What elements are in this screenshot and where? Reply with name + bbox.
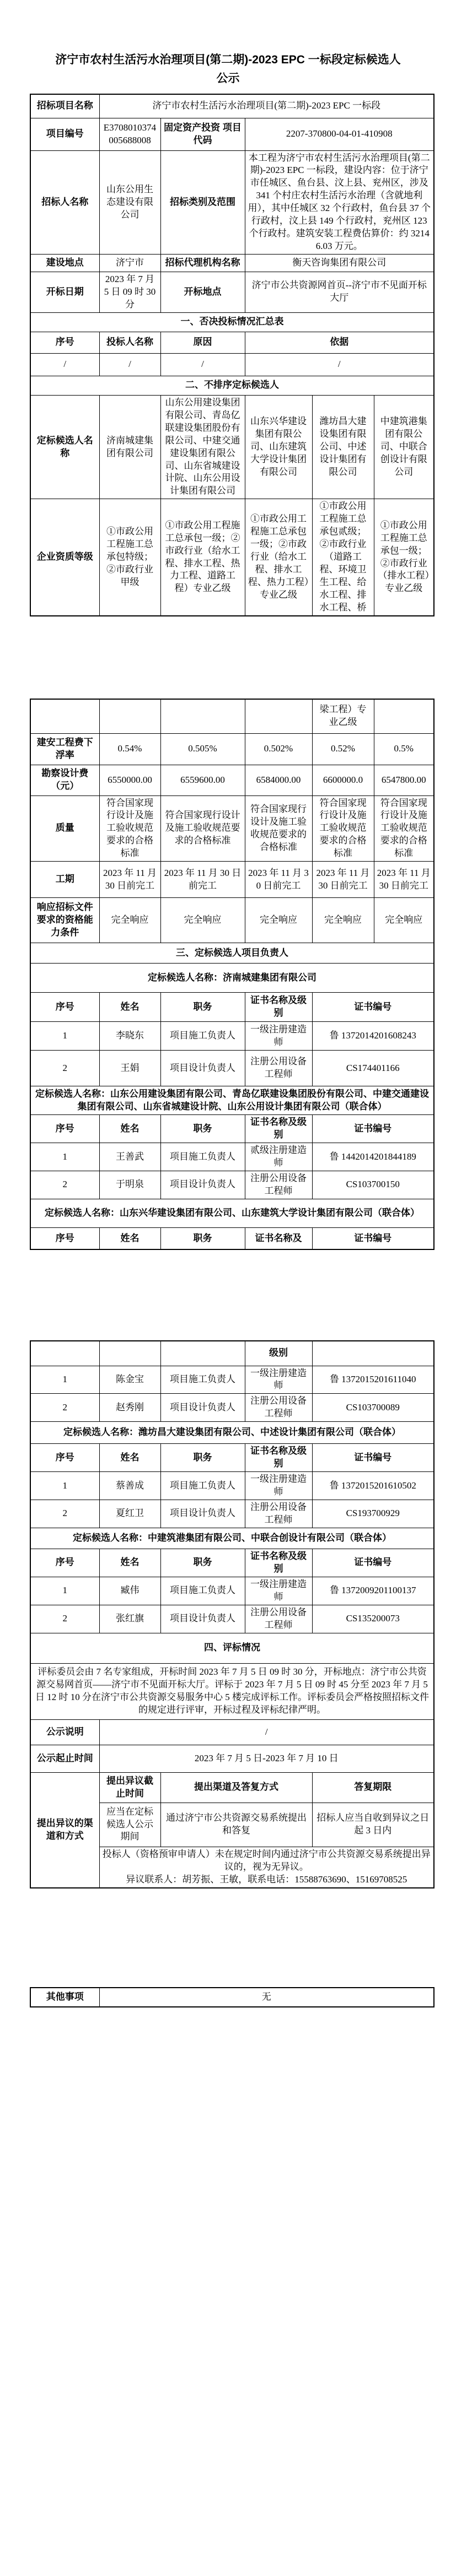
person-header-certno: 证书编号 — [312, 1549, 434, 1577]
person-header-no: 序号 — [30, 1115, 99, 1143]
g5r1-cert: 一级注册建造师 — [245, 1577, 312, 1605]
g3r1-cert: 一级注册建造师 — [245, 1366, 312, 1394]
g2r2-name: 于明泉 — [99, 1171, 160, 1199]
objection-channel: 通过济宁市公共资源交易系统提出和答复 — [160, 1803, 312, 1847]
person-header-certno: 证书编号 — [312, 1444, 434, 1472]
empty-cell — [99, 1341, 160, 1366]
rate-2: 0.505% — [160, 733, 245, 765]
person-header-no: 序号 — [30, 1549, 99, 1577]
candidate-name-label: 定标候选人名称 — [30, 395, 99, 499]
s1-cell-basis: / — [245, 353, 434, 376]
person-header-role: 职务 — [160, 1444, 245, 1472]
person-header-name: 姓名 — [99, 1549, 160, 1577]
duration-4: 2023 年 11 月 30 日前完工 — [312, 862, 374, 898]
g4r2-certno: CS193700929 — [312, 1500, 434, 1528]
g5r1-role: 项目施工负责人 — [160, 1577, 245, 1605]
person-header-role: 职务 — [160, 1115, 245, 1143]
g4r1-name: 蔡善成 — [99, 1472, 160, 1500]
candidate-3: 山东兴华建设集团有限公司、山东建筑大学设计集团有限公司 — [245, 395, 312, 499]
group1-name-line: 定标候选人名称：济南城建集团有限公司 — [30, 964, 434, 993]
period-value: 2023 年 7 月 5 日-2023 年 7 月 10 日 — [99, 1745, 434, 1772]
open-date-label: 开标日期 — [30, 272, 99, 313]
g2r2-certno: CS103700150 — [312, 1171, 434, 1199]
g1r1-no: 1 — [30, 1022, 99, 1051]
group2-name-line: 定标候选人名称：山东公用建设集团有限公司、青岛亿联建设集团股份有限公司、中建交通… — [30, 1086, 434, 1115]
g2r1-role: 项目施工负责人 — [160, 1143, 245, 1171]
g1r2-role: 项目设计负责人 — [160, 1051, 245, 1086]
fee-2: 6559600.00 — [160, 765, 245, 795]
g3r1-certno: 鲁 1372015201611040 — [312, 1366, 434, 1394]
person-header-role: 职务 — [160, 1549, 245, 1577]
g3r2-role: 项目设计负责人 — [160, 1394, 245, 1422]
g2r1-certno: 鲁 1442014201844189 — [312, 1143, 434, 1171]
rate-5: 0.5% — [374, 733, 434, 765]
person-header-no: 序号 — [30, 1227, 99, 1249]
objection-note-line2: 异议联系人：胡芳振、王敏，联系电话：15588763690、1516970852… — [103, 1874, 431, 1886]
g4r2-cert: 注册公用设备工程师 — [245, 1500, 312, 1528]
qualification-5: ①市政公用工程施工总承包一级；②市政行业（排水工程）专业乙级 — [374, 499, 434, 616]
candidate-4: 潍坊昌大建设集团有限公司、中述设计集团有限公司 — [312, 395, 374, 499]
candidate-5: 中建筑港集团有限公司、中联合创设计有限公司 — [374, 395, 434, 499]
g5r1-name: 臧伟 — [99, 1577, 160, 1605]
section2-title: 二、不排序定标候选人 — [30, 376, 434, 395]
person-header-certno: 证书编号 — [312, 1227, 434, 1249]
response-5: 完全响应 — [374, 898, 434, 943]
quality-1: 符合国家现行设计及施工验收规范要求的合格标准 — [99, 795, 160, 862]
location-label: 建设地点 — [30, 255, 99, 272]
period-label: 公示起止时间 — [30, 1745, 99, 1772]
main-info-table: 招标项目名称 济宁市农村生活污水治理项目(第二期)-2023 EPC 一标段 项… — [30, 94, 434, 616]
g4r2-name: 夏红卫 — [99, 1500, 160, 1528]
asset-code-label: 固定资产投资 项目代码 — [160, 118, 245, 150]
agency-value: 衡天咨询集团有限公司 — [245, 255, 434, 272]
g4r1-role: 项目施工负责人 — [160, 1472, 245, 1500]
g3r2-certno: CS103700089 — [312, 1394, 434, 1422]
g1r1-role: 项目施工负责人 — [160, 1022, 245, 1051]
g4r1-certno: 鲁 1372015201610502 — [312, 1472, 434, 1500]
response-3: 完全响应 — [245, 898, 312, 943]
open-place-label: 开标地点 — [160, 272, 245, 313]
rate-4: 0.52% — [312, 733, 374, 765]
asset-code-value: 2207-370800-04-01-410908 — [245, 118, 434, 150]
response-1: 完全响应 — [99, 898, 160, 943]
fee-1: 6550000.00 — [99, 765, 160, 795]
person-header-certno: 证书编号 — [312, 993, 434, 1022]
g5r2-role: 项目设计负责人 — [160, 1605, 245, 1633]
s1-header-basis: 依据 — [245, 332, 434, 353]
person-header-name: 姓名 — [99, 1115, 160, 1143]
location-value: 济宁市 — [99, 255, 160, 272]
agency-label: 招标代理机构名称 — [160, 255, 245, 272]
g5r2-name: 张红旗 — [99, 1605, 160, 1633]
objection-header-channel: 提出渠道及答复方式 — [160, 1772, 312, 1803]
open-date-value: 2023 年 7 月 5 日 09 时 30 分 — [99, 272, 160, 313]
qualification-4-continued: 梁工程）专业乙级 — [312, 699, 374, 733]
g1r1-name: 李晓东 — [99, 1022, 160, 1051]
empty-cell — [160, 1341, 245, 1366]
qualification-1: ①市政公用工程施工总承包特级；②市政行业甲级 — [99, 499, 160, 616]
qualification-4: ①市政公用工程施工总承包贰级；②市政行业（道路工程、环境卫生工程、给水工程、排水… — [312, 499, 374, 616]
group5-name-line: 定标候选人名称：中建筑港集团有限公司、中联合创设计有限公司（联合体） — [30, 1528, 434, 1549]
g2r2-role: 项目设计负责人 — [160, 1171, 245, 1199]
g3r2-cert: 注册公用设备工程师 — [245, 1394, 312, 1422]
open-place-value: 济宁市公共资源网首页--济宁市不见面开标大厅 — [245, 272, 434, 313]
g5r1-no: 1 — [30, 1577, 99, 1605]
response-2: 完全响应 — [160, 898, 245, 943]
g4r1-cert: 一级注册建造师 — [245, 1472, 312, 1500]
g2r1-name: 王善武 — [99, 1143, 160, 1171]
project-no-value: E3708010374005688008 — [99, 118, 160, 150]
person-header-certno: 证书编号 — [312, 1115, 434, 1143]
g5r2-no: 2 — [30, 1605, 99, 1633]
evaluation-summary: 评标委员会由 7 名专家组成，开标时间 2023 年 7 月 5 日 09 时 … — [30, 1663, 434, 1719]
tenderee-label: 招标人名称 — [30, 150, 99, 255]
note-value: / — [99, 1719, 434, 1745]
g4r2-no: 2 — [30, 1500, 99, 1528]
person-header-name: 姓名 — [99, 1444, 160, 1472]
g3r2-name: 赵秀刚 — [99, 1394, 160, 1422]
project-name-value: 济宁市农村生活污水治理项目(第二期)-2023 EPC 一标段 — [99, 94, 434, 118]
person-header-cert: 证书名称及级别 — [245, 1444, 312, 1472]
person-header-role: 职务 — [160, 993, 245, 1022]
group3-name-line: 定标候选人名称：山东兴华建设集团有限公司、山东建筑大学设计集团有限公司（联合体） — [30, 1199, 434, 1227]
objection-label: 提出异议的渠道和方式 — [30, 1772, 99, 1888]
person-header-no: 序号 — [30, 1444, 99, 1472]
rate-1: 0.54% — [99, 733, 160, 765]
qualification-label: 企业资质等级 — [30, 499, 99, 616]
g3r2-no: 2 — [30, 1394, 99, 1422]
qualification-3: ①市政公用工程施工总承包一级；②市政行业（给水工程、排水工程、热力工程）专业乙级 — [245, 499, 312, 616]
person-header-cert: 证书名称及级别 — [245, 993, 312, 1022]
quality-5: 符合国家现行设计及施工验收规范要求的合格标准 — [374, 795, 434, 862]
note-label: 公示说明 — [30, 1719, 99, 1745]
s1-cell-bidder: / — [99, 353, 160, 376]
project-name-label: 招标项目名称 — [30, 94, 99, 118]
quality-2: 符合国家现行设计及施工验收规范要求的合格标准 — [160, 795, 245, 862]
page-title: 济宁市农村生活污水治理项目(第二期)-2023 EPC 一标段定标候选人 公示 — [0, 51, 456, 88]
other-value: 无 — [99, 1988, 434, 2007]
other-matters-table: 其他事项 无 — [30, 1987, 434, 2007]
other-label: 其他事项 — [30, 1988, 99, 2007]
person-header-cert: 证书名称及级别 — [245, 1115, 312, 1143]
s1-cell-reason: / — [160, 353, 245, 376]
quality-label: 质量 — [30, 795, 99, 862]
s1-cell-no: / — [30, 353, 99, 376]
g4r1-no: 1 — [30, 1472, 99, 1500]
objection-note: 投标人（资格预审申请人）未在规定时间内通过济宁市公共资源交易系统提出异议的，视为… — [99, 1847, 434, 1888]
person-header-cert-bottom: 级别 — [245, 1341, 312, 1366]
g1r2-no: 2 — [30, 1051, 99, 1086]
empty-cell — [160, 699, 245, 733]
objection-deadline: 应当在定标候选人公示期间 — [99, 1803, 160, 1847]
g1r2-certno: CS174401166 — [312, 1051, 434, 1086]
person-header-name: 姓名 — [99, 993, 160, 1022]
quality-4: 符合国家现行设计及施工验收规范要求的合格标准 — [312, 795, 374, 862]
person-header-no: 序号 — [30, 993, 99, 1022]
page-title-line2: 公示 — [0, 69, 456, 88]
g2r2-cert: 注册公用设备工程师 — [245, 1171, 312, 1199]
fee-5: 6547800.00 — [374, 765, 434, 795]
scope-value: 本工程为济宁市农村生活污水治理项目(第二期)-2023 EPC 一标段，建设内容… — [245, 150, 434, 255]
empty-cell — [312, 1341, 434, 1366]
fee-4: 6600000.0 — [312, 765, 374, 795]
response-label: 响应招标文件要求的资格能力条件 — [30, 898, 99, 943]
g2r1-cert: 贰级注册建造师 — [245, 1143, 312, 1171]
g4r2-role: 项目设计负责人 — [160, 1500, 245, 1528]
objection-header-replytime: 答复期限 — [312, 1772, 434, 1803]
section3-title: 三、定标候选人项目负责人 — [30, 943, 434, 964]
s1-header-bidder: 投标人名称 — [99, 332, 160, 353]
objection-note-line1: 投标人（资格预审申请人）未在规定时间内通过济宁市公共资源交易系统提出异议的，视为… — [103, 1848, 431, 1874]
persons-evaluation-table: 级别 1 陈金宝 项目施工负责人 一级注册建造师 鲁 1372015201611… — [30, 1340, 434, 1888]
empty-cell — [30, 699, 99, 733]
duration-1: 2023 年 11 月 30 日前完工 — [99, 862, 160, 898]
page-title-line1: 济宁市农村生活污水治理项目(第二期)-2023 EPC 一标段定标候选人 — [0, 51, 456, 69]
duration-3: 2023 年 11 月 30 日前完工 — [245, 862, 312, 898]
g3r1-role: 项目施工负责人 — [160, 1366, 245, 1394]
candidate-2: 山东公用建设集团有限公司、青岛亿联建设集团股份有限公司、中建交通建设集团有限公司… — [160, 395, 245, 499]
person-header-cert-top: 证书名称及 — [245, 1227, 312, 1249]
empty-cell — [99, 699, 160, 733]
g1r1-cert: 一级注册建造师 — [245, 1022, 312, 1051]
continuation-table: 梁工程）专业乙级 建安工程费下浮率 0.54% 0.505% 0.502% 0.… — [30, 699, 434, 1250]
g5r2-cert: 注册公用设备工程师 — [245, 1605, 312, 1633]
duration-2: 2023 年 11 月 30 日前完工 — [160, 862, 245, 898]
duration-5: 2023 年 11 月 30 日前完工 — [374, 862, 434, 898]
g3r1-name: 陈金宝 — [99, 1366, 160, 1394]
person-header-role: 职务 — [160, 1227, 245, 1249]
candidate-1: 济南城建集团有限公司 — [99, 395, 160, 499]
section4-title: 四、评标情况 — [30, 1633, 434, 1663]
g2r2-no: 2 — [30, 1171, 99, 1199]
g1r2-cert: 注册公用设备工程师 — [245, 1051, 312, 1086]
g3r1-no: 1 — [30, 1366, 99, 1394]
quality-3: 符合国家现行设计及施工验收规范要求的合格标准 — [245, 795, 312, 862]
person-header-cert: 证书名称及级别 — [245, 1549, 312, 1577]
group4-name-line: 定标候选人名称：潍坊昌大建设集团有限公司、中述设计集团有限公司（联合体） — [30, 1422, 434, 1444]
section1-title: 一、否决投标情况汇总表 — [30, 312, 434, 332]
objection-header-deadline: 提出异议截止时间 — [99, 1772, 160, 1803]
s1-header-reason: 原因 — [160, 332, 245, 353]
duration-label: 工期 — [30, 862, 99, 898]
s1-header-no: 序号 — [30, 332, 99, 353]
scope-label: 招标类别及范围 — [160, 150, 245, 255]
response-4: 完全响应 — [312, 898, 374, 943]
g5r2-certno: CS135200073 — [312, 1605, 434, 1633]
person-header-name: 姓名 — [99, 1227, 160, 1249]
objection-replytime: 招标人应当自收到异议之日起 3 日内 — [312, 1803, 434, 1847]
document-page: 济宁市农村生活污水治理项目(第二期)-2023 EPC 一标段定标候选人 公示 … — [0, 0, 456, 2576]
fee-3: 6584000.00 — [245, 765, 312, 795]
g2r1-no: 1 — [30, 1143, 99, 1171]
qualification-2: ①市政公用工程施工总承包一级；②市政行业（给水工程、排水工程、热力工程、道路工程… — [160, 499, 245, 616]
empty-cell — [374, 699, 434, 733]
g5r1-certno: 鲁 1372009201100137 — [312, 1577, 434, 1605]
fee-label: 勘察设计费（元） — [30, 765, 99, 795]
project-no-label: 项目编号 — [30, 118, 99, 150]
g1r1-certno: 鲁 1372014201608243 — [312, 1022, 434, 1051]
rate-3: 0.502% — [245, 733, 312, 765]
empty-cell — [245, 699, 312, 733]
rate-label: 建安工程费下浮率 — [30, 733, 99, 765]
g1r2-name: 王娟 — [99, 1051, 160, 1086]
empty-cell — [30, 1341, 99, 1366]
tenderee-value: 山东公用生态建设有限公司 — [99, 150, 160, 255]
